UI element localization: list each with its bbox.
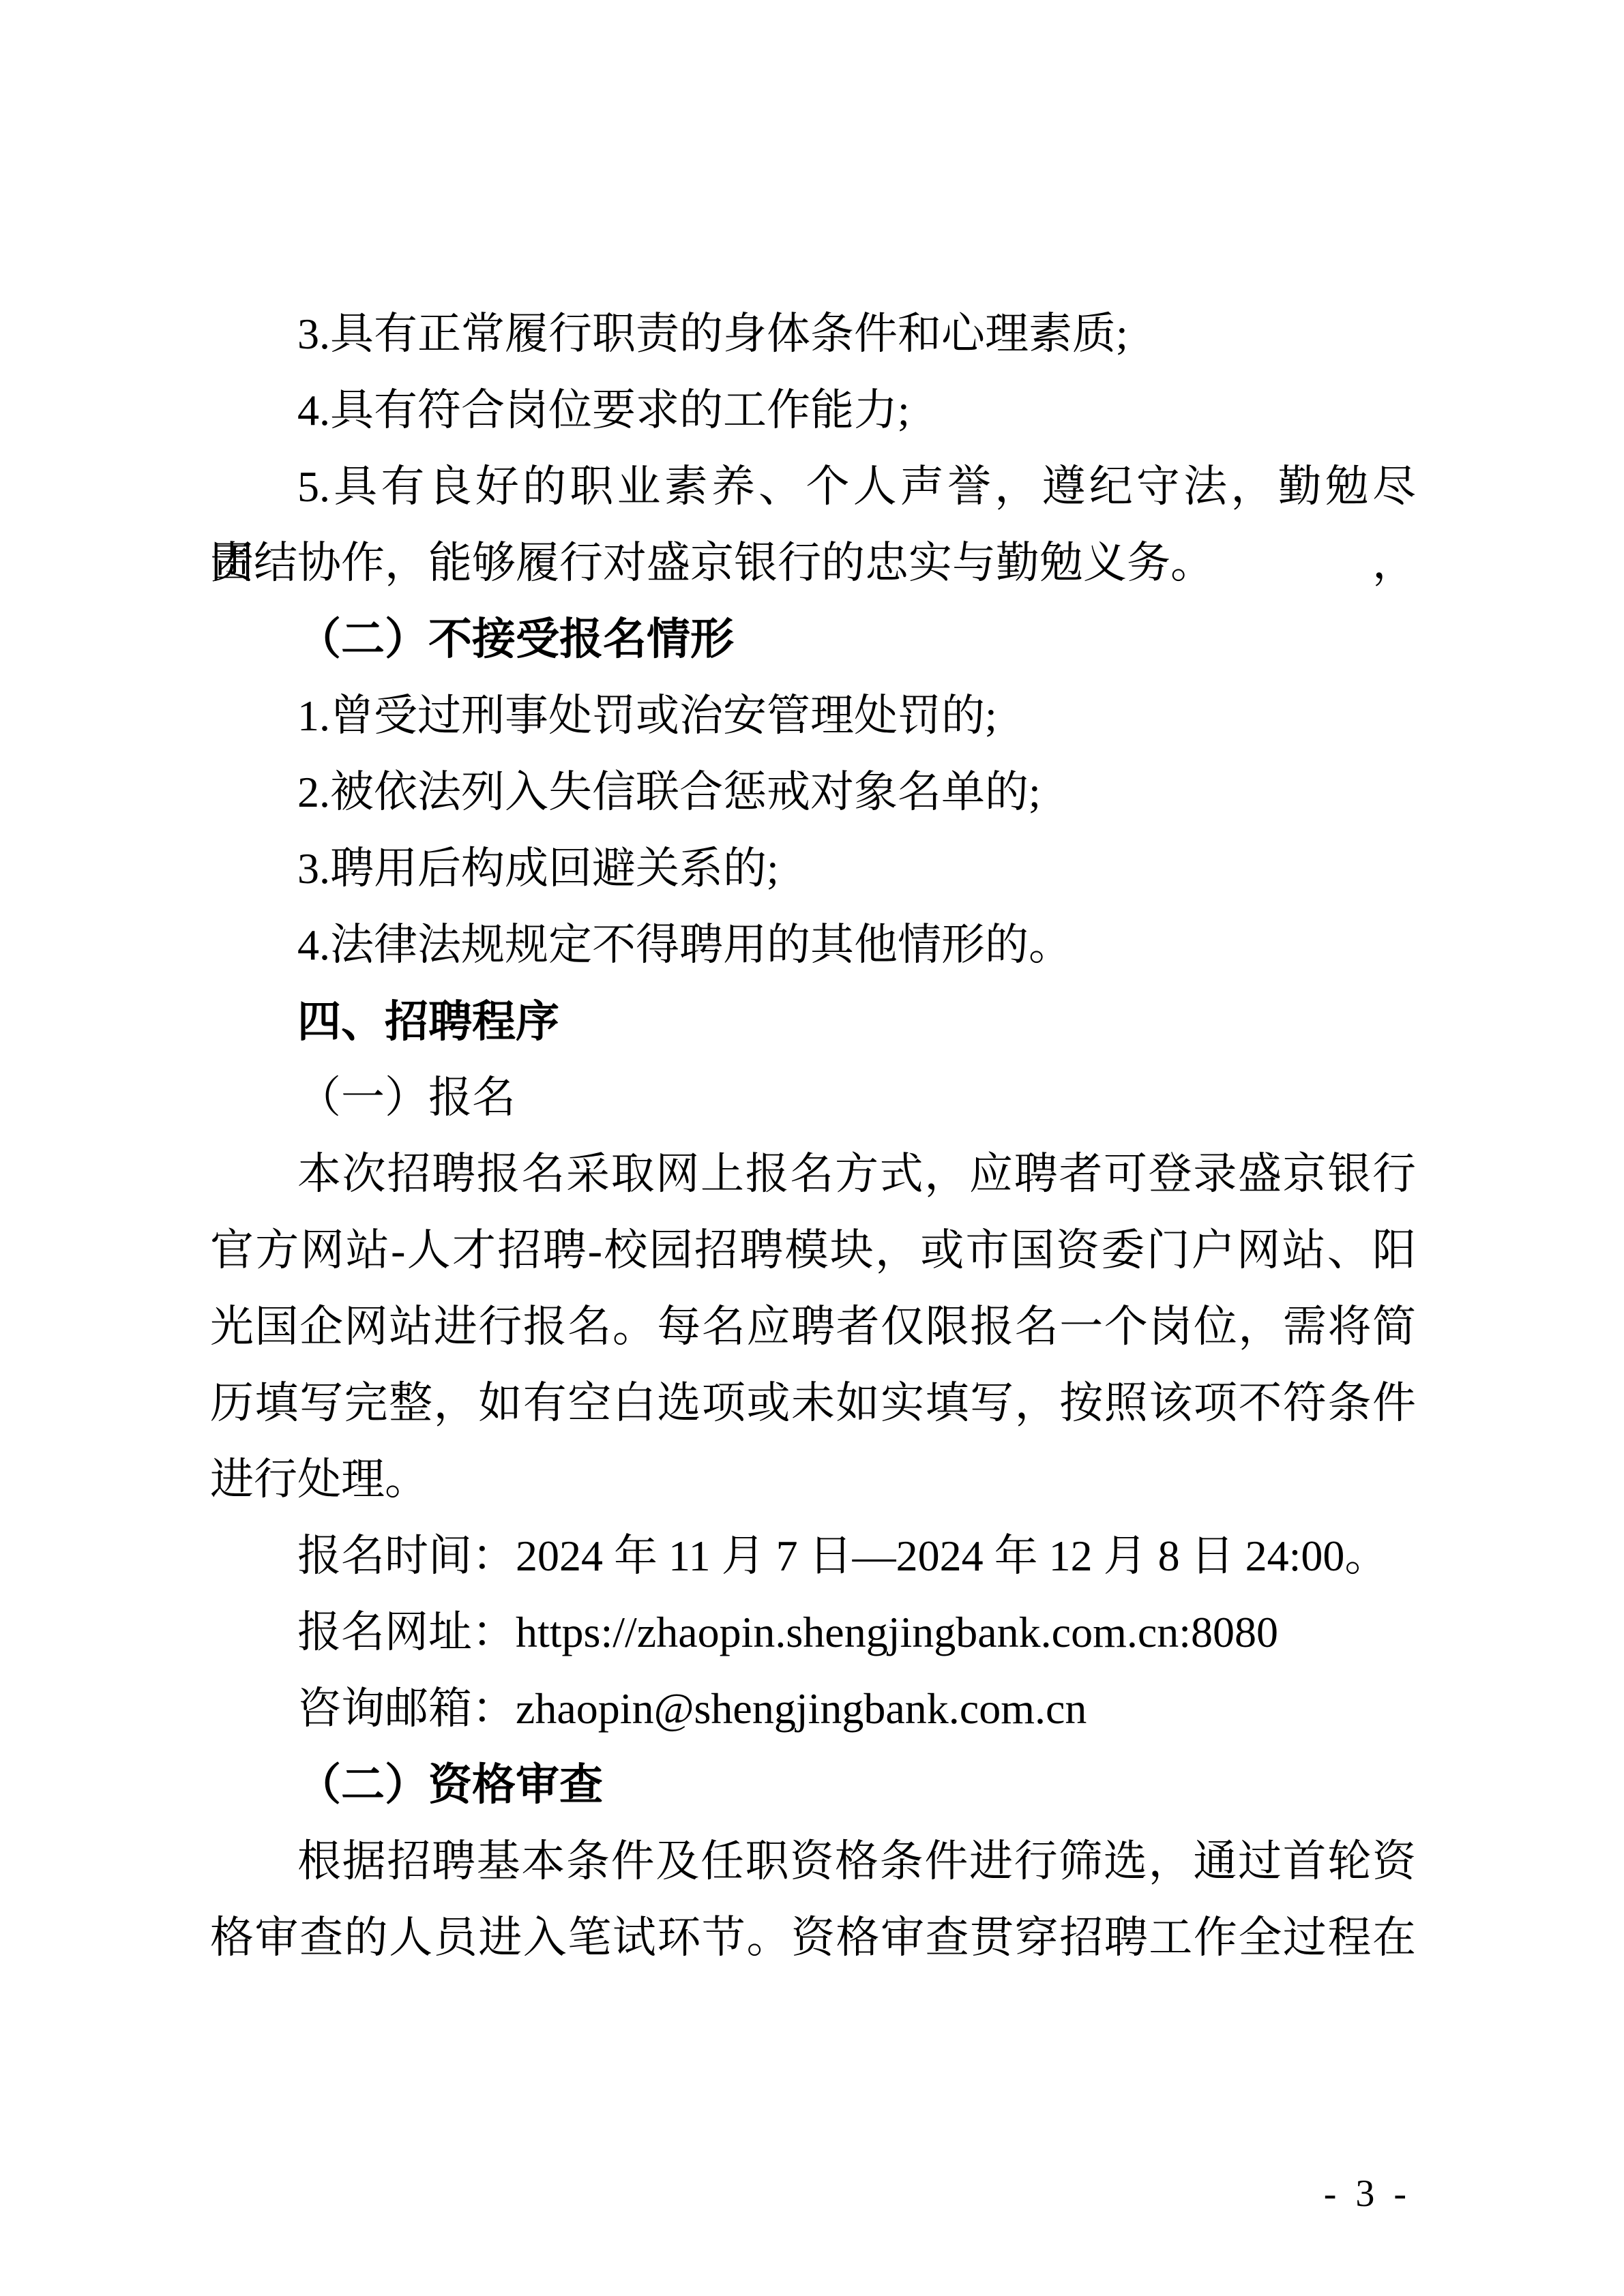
text-line: 5.具有良好的职业素养、个人声誉，遵纪守法，勤勉尽责， xyxy=(210,449,1416,525)
text-line: 历填写完整，如有空白选项或未如实填写，按照该项不符条件 xyxy=(210,1365,1416,1442)
text-line: 根据招聘基本条件及任职资格条件进行筛选，通过首轮资 xyxy=(210,1823,1416,1900)
text-line: 本次招聘报名采取网上报名方式，应聘者可登录盛京银行 xyxy=(210,1136,1416,1212)
text-line: 3.具有正常履行职责的身体条件和心理素质; xyxy=(210,296,1416,372)
text-line: 报名时间：2024 年 11 月 7 日—2024 年 12 月 8 日 24:… xyxy=(210,1518,1416,1594)
page-number: - 3 - xyxy=(210,2156,1416,2232)
subsection-heading-line: （二）资格审查 xyxy=(210,1747,1416,1823)
text-line: 4.具有符合岗位要求的工作能力; xyxy=(210,372,1416,449)
text-line: 2.被依法列入失信联合惩戒对象名单的; xyxy=(210,754,1416,831)
text-line: 1.曾受过刑事处罚或治安管理处罚的; xyxy=(210,678,1416,754)
text-line: 4.法律法规规定不得聘用的其他情形的。 xyxy=(210,907,1416,983)
text-line: 格审查的人员进入笔试环节。资格审查贯穿招聘工作全过程在 xyxy=(210,1900,1416,1976)
document-page: 3.具有正常履行职责的身体条件和心理素质;4.具有符合岗位要求的工作能力;5.具… xyxy=(0,0,1624,2296)
subsection-heading-line: （二）不接受报名情形 xyxy=(210,601,1416,678)
text-line: 光国企网站进行报名。每名应聘者仅限报名一个岗位，需将简 xyxy=(210,1289,1416,1365)
text-line: 官方网站-人才招聘-校园招聘模块，或市国资委门户网站、阳 xyxy=(210,1212,1416,1289)
text-line: 进行处理。 xyxy=(210,1442,1416,1518)
subsection-heading-line: （一）报名 xyxy=(210,1060,1416,1136)
page-content: 3.具有正常履行职责的身体条件和心理素质;4.具有符合岗位要求的工作能力;5.具… xyxy=(210,296,1416,1976)
text-line: 咨询邮箱：zhaopin@shengjingbank.com.cn xyxy=(210,1671,1416,1747)
text-line: 3.聘用后构成回避关系的; xyxy=(210,831,1416,907)
text-line: 报名网址：https://zhaopin.shengjingbank.com.c… xyxy=(210,1594,1416,1671)
section-heading-line: 四、招聘程序 xyxy=(210,983,1416,1060)
